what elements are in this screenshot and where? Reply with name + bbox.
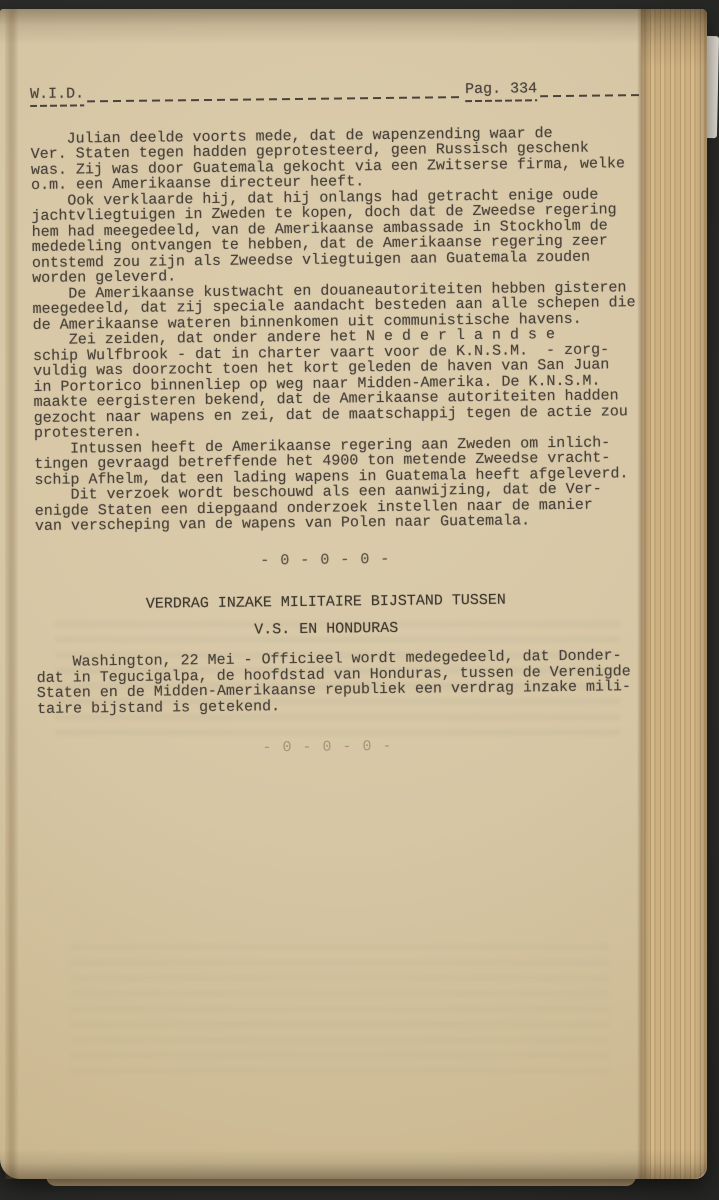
page-header: W.I.D. Pag. 334	[30, 80, 640, 106]
page-number: Pag. 334	[465, 81, 537, 101]
document-page: W.I.D. Pag. 334 Julian deelde voorts med…	[0, 9, 707, 1179]
paragraph: De Amerikaanse kustwacht en douaneautori…	[32, 280, 642, 333]
paragraph: Zei zeiden, dat onder andere het N e d e…	[33, 326, 644, 441]
page-stack-edges	[641, 9, 707, 1179]
header-dash-tail	[540, 94, 640, 97]
header-dash-line	[87, 96, 462, 102]
paragraph: Ook verklaarde hij, dat hij onlangs had …	[31, 187, 642, 287]
section-title-line-1: VERDRAG INZAKE MILITAIRE BIJSTAND TUSSEN	[36, 591, 646, 615]
typewritten-content: W.I.D. Pag. 334 Julian deelde voorts med…	[30, 80, 648, 758]
bulletin-code: W.I.D.	[30, 86, 84, 106]
top-edge-shadow	[0, 9, 707, 45]
paragraph: Julian deelde voorts mede, dat de wapenz…	[31, 125, 642, 194]
section-title-text: VERDRAG INZAKE MILITAIRE BIJSTAND TUSSEN	[143, 593, 509, 615]
bottom-edge-shadow	[0, 1149, 707, 1179]
ink-bleedthrough	[70, 944, 610, 1074]
section-separator: - 0 - 0 - 0 -	[35, 549, 645, 571]
gutter-crease	[5, 9, 19, 1179]
section-title-line-2: V.S. EN HONDURAS	[36, 618, 646, 642]
section-separator-faded: - 0 - 0 - 0 -	[37, 736, 647, 758]
paragraph: Dit verzoek wordt beschouwd als een aanw…	[35, 481, 645, 534]
section-subtitle-text: V.S. EN HONDURAS	[251, 620, 401, 639]
paragraph: Intussen heeft de Amerikaanse regering a…	[34, 435, 644, 488]
section-paragraph: Washington, 22 Mei - Officieel wordt med…	[36, 648, 647, 717]
book-scan: W.I.D. Pag. 334 Julian deelde voorts med…	[0, 0, 719, 1200]
